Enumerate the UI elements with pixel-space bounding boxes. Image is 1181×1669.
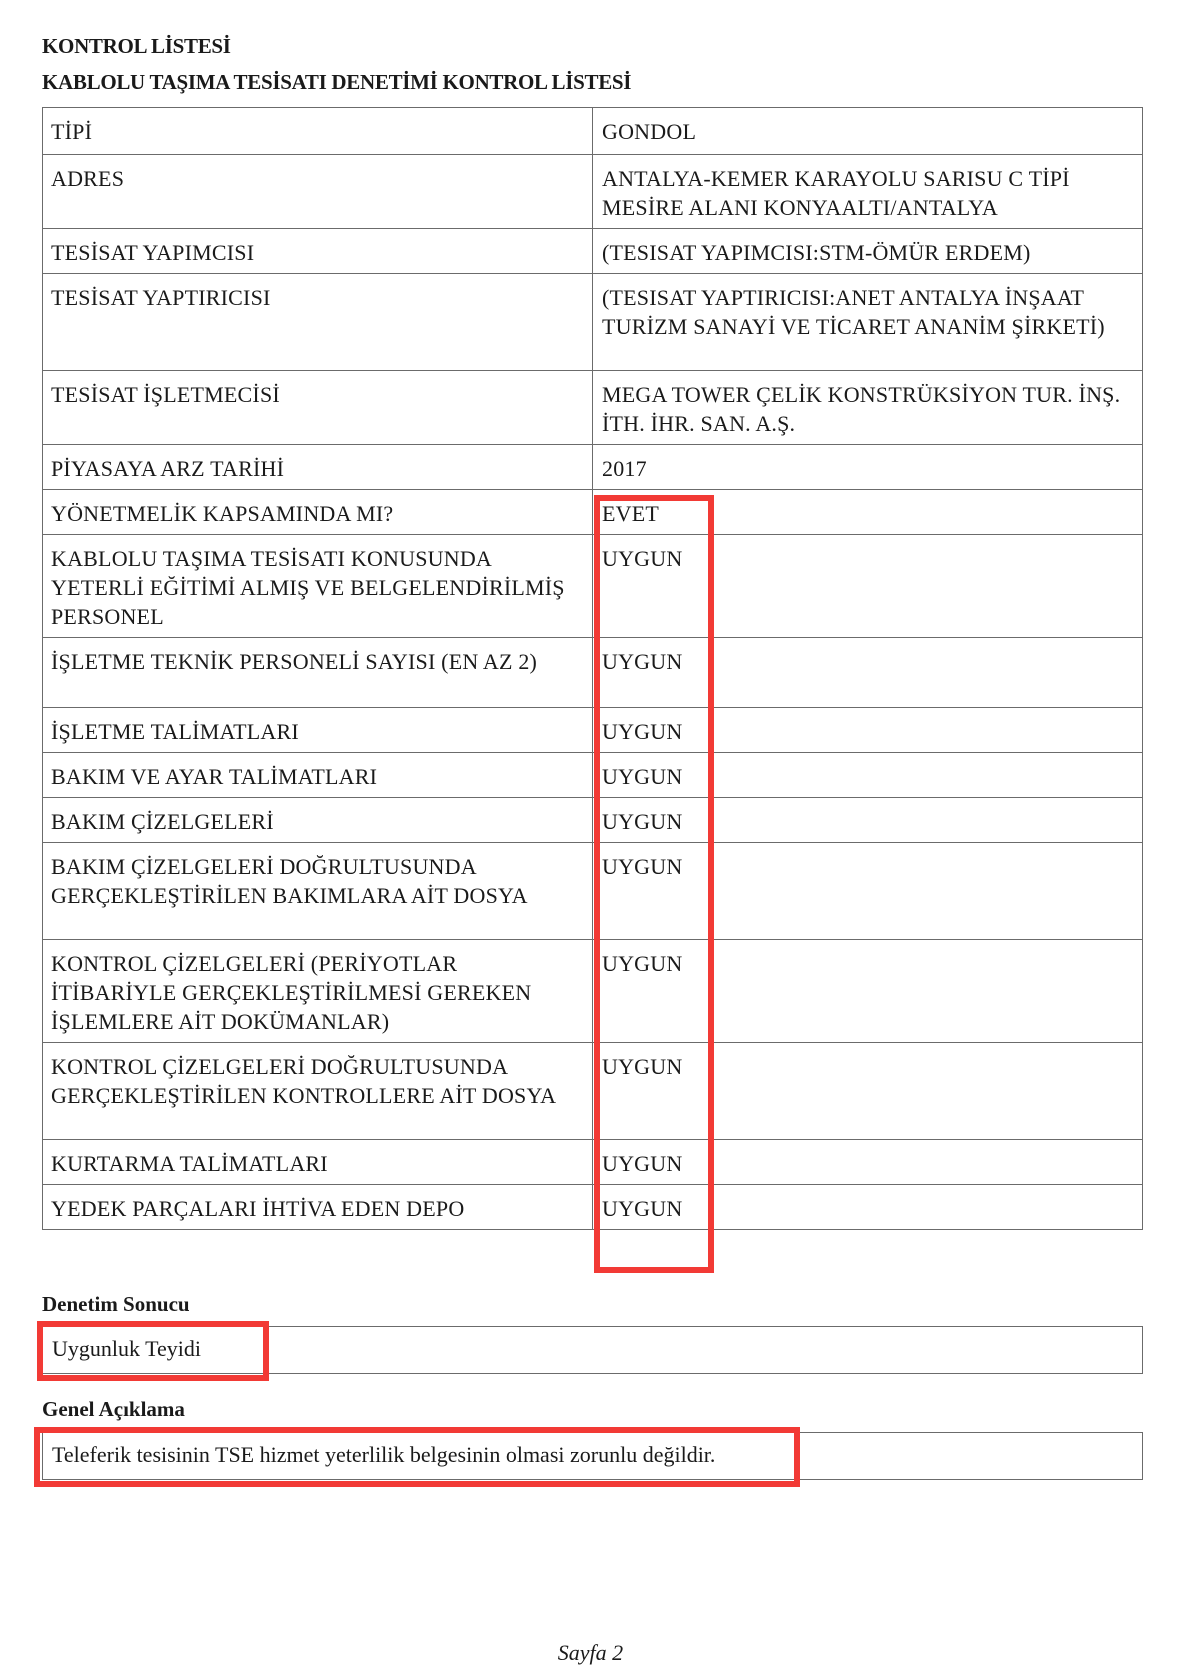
- document-subtitle: KABLOLU TAŞIMA TESİSATI DENETİMİ KONTROL…: [42, 70, 631, 95]
- table-row: İŞLETME TEKNİK PERSONELİ SAYISI (EN AZ 2…: [43, 638, 1143, 708]
- table-row: YÖNETMELİK KAPSAMINDA MI? EVET: [43, 490, 1143, 535]
- row-value: (TESISAT YAPIMCISI:STM-ÖMÜR ERDEM): [593, 229, 1143, 274]
- table-row: ADRESANTALYA-KEMER KARAYOLU SARISU C TİP…: [43, 155, 1143, 229]
- row-label: İŞLETME TALİMATLARI: [43, 708, 593, 753]
- table-row: TESİSAT İŞLETMECİSİMEGA TOWER ÇELİK KONS…: [43, 371, 1143, 445]
- row-label: PİYASAYA ARZ TARİHİ: [43, 445, 593, 490]
- table-row: YEDEK PARÇALARI İHTİVA EDEN DEPO UYGUN: [43, 1185, 1143, 1230]
- table-row: TİPİ GONDOL: [43, 108, 1143, 155]
- row-label: ADRES: [43, 155, 593, 229]
- notes-heading: Genel Açıklama: [42, 1397, 185, 1422]
- row-value: UYGUN: [593, 638, 1143, 708]
- table-row: TESİSAT YAPIMCISI(TESISAT YAPIMCISI:STM-…: [43, 229, 1143, 274]
- row-label: BAKIM ÇİZELGELERİ: [43, 798, 593, 843]
- row-label: YÖNETMELİK KAPSAMINDA MI?: [43, 490, 593, 535]
- row-value: UYGUN: [593, 940, 1143, 1043]
- row-label: BAKIM VE AYAR TALİMATLARI: [43, 753, 593, 798]
- row-label: BAKIM ÇİZELGELERİ DOĞRULTUSUNDA GERÇEKLE…: [43, 843, 593, 940]
- row-value: UYGUN: [593, 798, 1143, 843]
- row-label: YEDEK PARÇALARI İHTİVA EDEN DEPO: [43, 1185, 593, 1230]
- page-number: Sayfa 2: [0, 1640, 1181, 1666]
- row-value: UYGUN: [593, 753, 1143, 798]
- checklist-table: TİPİ GONDOL ADRESANTALYA-KEMER KARAYOLU …: [42, 107, 1143, 1230]
- table-row: PİYASAYA ARZ TARİHİ2017: [43, 445, 1143, 490]
- table-row: BAKIM VE AYAR TALİMATLARI UYGUN: [43, 753, 1143, 798]
- table-row: BAKIM ÇİZELGELERİ UYGUN: [43, 798, 1143, 843]
- row-label: TESİSAT YAPIMCISI: [43, 229, 593, 274]
- row-label: KURTARMA TALİMATLARI: [43, 1140, 593, 1185]
- table-row: KABLOLU TAŞIMA TESİSATI KONUSUNDA YETERL…: [43, 535, 1143, 638]
- highlight-box-notes: [34, 1427, 800, 1487]
- row-value: UYGUN: [593, 1185, 1143, 1230]
- row-label: KONTROL ÇİZELGELERİ (PERİYOTLAR İTİBARİY…: [43, 940, 593, 1043]
- table-row: İŞLETME TALİMATLARI UYGUN: [43, 708, 1143, 753]
- row-label: İŞLETME TEKNİK PERSONELİ SAYISI (EN AZ 2…: [43, 638, 593, 708]
- row-value: UYGUN: [593, 1043, 1143, 1140]
- row-label: KONTROL ÇİZELGELERİ DOĞRULTUSUNDA GERÇEK…: [43, 1043, 593, 1140]
- row-value: UYGUN: [593, 843, 1143, 940]
- row-value: EVET: [593, 490, 1143, 535]
- highlight-box-result: [37, 1321, 269, 1381]
- row-label: TESİSAT YAPTIRICISI: [43, 274, 593, 371]
- row-value: 2017: [593, 445, 1143, 490]
- table-row: KONTROL ÇİZELGELERİ (PERİYOTLAR İTİBARİY…: [43, 940, 1143, 1043]
- row-value: UYGUN: [593, 1140, 1143, 1185]
- table-row: BAKIM ÇİZELGELERİ DOĞRULTUSUNDA GERÇEKLE…: [43, 843, 1143, 940]
- document-title: KONTROL LİSTESİ: [42, 34, 231, 59]
- row-value: GONDOL: [593, 108, 1143, 155]
- row-label: TİPİ: [43, 108, 593, 155]
- row-label: TESİSAT İŞLETMECİSİ: [43, 371, 593, 445]
- row-value: UYGUN: [593, 708, 1143, 753]
- row-value: ANTALYA-KEMER KARAYOLU SARISU C TİPİ MES…: [593, 155, 1143, 229]
- table-row: KONTROL ÇİZELGELERİ DOĞRULTUSUNDA GERÇEK…: [43, 1043, 1143, 1140]
- row-value: UYGUN: [593, 535, 1143, 638]
- row-value: MEGA TOWER ÇELİK KONSTRÜKSİYON TUR. İNŞ.…: [593, 371, 1143, 445]
- table-row: TESİSAT YAPTIRICISI(TESISAT YAPTIRICISI:…: [43, 274, 1143, 371]
- row-label: KABLOLU TAŞIMA TESİSATI KONUSUNDA YETERL…: [43, 535, 593, 638]
- result-heading: Denetim Sonucu: [42, 1292, 190, 1317]
- table-row: KURTARMA TALİMATLARI UYGUN: [43, 1140, 1143, 1185]
- row-value: (TESISAT YAPTIRICISI:ANET ANTALYA İNŞAAT…: [593, 274, 1143, 371]
